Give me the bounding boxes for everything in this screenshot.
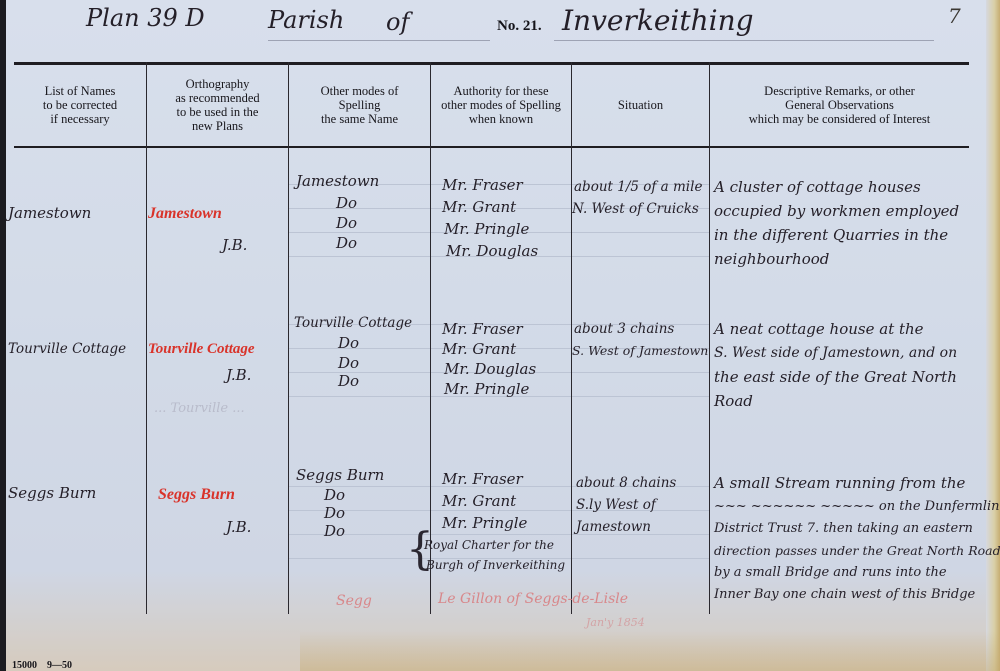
other-mode: Do <box>324 520 345 542</box>
remarks-line: A neat cottage house at the <box>714 318 924 340</box>
column-header-authority: Authority for theseother modes of Spelli… <box>431 68 571 142</box>
other-mode: Tourville Cottage <box>294 312 412 334</box>
remarks-line: neighbourhood <box>714 248 829 270</box>
other-mode: Do <box>338 332 359 354</box>
remarks-line: direction passes under the Great North R… <box>714 540 1000 562</box>
faint-pencil-note: ... Tourville ... <box>154 398 245 420</box>
other-mode: Seggs Burn <box>296 464 384 486</box>
other-mode: Jamestown <box>296 170 379 192</box>
page-title-line: Plan 39 D Parish of No. 21. Inverkeithin… <box>6 0 966 50</box>
situation: N. West of Cruicks <box>572 198 699 220</box>
initials: J.B. <box>226 364 251 386</box>
other-mode: Do <box>338 370 359 392</box>
column-header-situation: Situation <box>572 68 709 142</box>
remarks-line: the east side of the Great North <box>714 366 957 388</box>
print-date-code: 9—50 <box>47 660 72 671</box>
authority: Mr. Pringle <box>444 218 529 240</box>
situation: about 8 chains <box>576 472 676 494</box>
name-to-correct: Jamestown <box>8 202 91 224</box>
sheet-number: No. 21. <box>497 18 542 35</box>
authority: Mr. Fraser <box>442 318 523 340</box>
red-annotation: Le Gillon of Seggs-de-Lisle <box>438 588 628 610</box>
authority: Burgh of Inverkeithing <box>426 554 565 576</box>
initials: J.B. <box>222 234 247 256</box>
name-to-correct: Tourville Cottage <box>8 338 126 360</box>
column-divider <box>146 62 147 614</box>
authority: Mr. Grant <box>442 196 516 218</box>
remarks-line: A small Stream running from the <box>714 472 965 494</box>
situation: about 1/5 of a mile <box>574 176 702 198</box>
situation: about 3 chains <box>574 318 674 340</box>
column-divider <box>288 62 289 614</box>
remarks-line: S. West side of Jamestown, and on <box>714 342 957 364</box>
title-rule <box>268 40 490 41</box>
other-mode: Do <box>336 192 357 214</box>
parish-name: Inverkeithing <box>562 4 754 37</box>
authority: Mr. Douglas <box>446 240 538 262</box>
of-label: of <box>386 8 409 36</box>
other-mode: Do <box>336 212 357 234</box>
name-book-page: Plan 39 D Parish of No. 21. Inverkeithin… <box>6 0 994 671</box>
print-code: 150009—50 <box>12 660 82 671</box>
plan-number: Plan 39 D <box>86 4 205 32</box>
authority: Mr. Grant <box>442 490 516 512</box>
folio-number: 7 <box>948 4 961 28</box>
column-divider <box>571 62 572 614</box>
remarks-line: A cluster of cottage houses <box>714 176 921 198</box>
name-to-correct: Seggs Burn <box>8 482 96 504</box>
column-header-remarks: Descriptive Remarks, or otherGeneral Obs… <box>710 68 969 142</box>
authority: Mr. Pringle <box>444 378 529 400</box>
print-run: 15000 <box>12 660 37 671</box>
red-annotation: Segg <box>336 590 372 612</box>
column-header-orthography: Orthographyas recommendedto be used in t… <box>147 68 288 142</box>
parish-label: Parish <box>268 6 344 34</box>
authority: Mr. Douglas <box>444 358 536 380</box>
recommended-orthography: Seggs Burn <box>158 484 235 506</box>
title-rule <box>554 40 934 41</box>
authority: Royal Charter for the <box>424 534 554 556</box>
situation: Jamestown <box>576 516 651 538</box>
remarks-line: Inner Bay one chain west of this Bridge <box>714 584 975 606</box>
column-divider <box>709 62 710 614</box>
remarks-line: by a small Bridge and runs into the <box>714 562 947 584</box>
recommended-orthography: Jamestown <box>148 203 222 225</box>
authority: Mr. Fraser <box>442 468 523 490</box>
initials: J.B. <box>226 516 251 538</box>
faint-note: Jan'y 1854 <box>586 612 645 634</box>
authority: Mr. Fraser <box>442 174 523 196</box>
recommended-orthography: Tourville Cottage <box>148 338 255 360</box>
remarks-line: Road <box>714 390 753 412</box>
remarks-line: ~~~ ~~~~~~ ~~~~~ on the Dunfermline <box>714 496 1000 518</box>
column-header-other-modes: Other modes ofSpellingthe same Name <box>289 68 430 142</box>
authority: Mr. Grant <box>442 338 516 360</box>
remarks-line: in the different Quarries in the <box>714 224 948 246</box>
column-header-list-of-names: List of Namesto be correctedif necessary <box>14 68 146 142</box>
situation: S. West of Jamestown <box>572 340 708 362</box>
other-mode: Do <box>336 232 357 254</box>
remarks-line: District Trust 7. then taking an eastern <box>714 518 973 540</box>
remarks-line: occupied by workmen employed <box>714 200 959 222</box>
situation: S.ly West of <box>576 494 656 516</box>
table-top-rule <box>14 62 969 65</box>
authority: Mr. Pringle <box>442 512 527 534</box>
name-book-table: List of Namesto be correctedif necessary… <box>14 62 969 614</box>
